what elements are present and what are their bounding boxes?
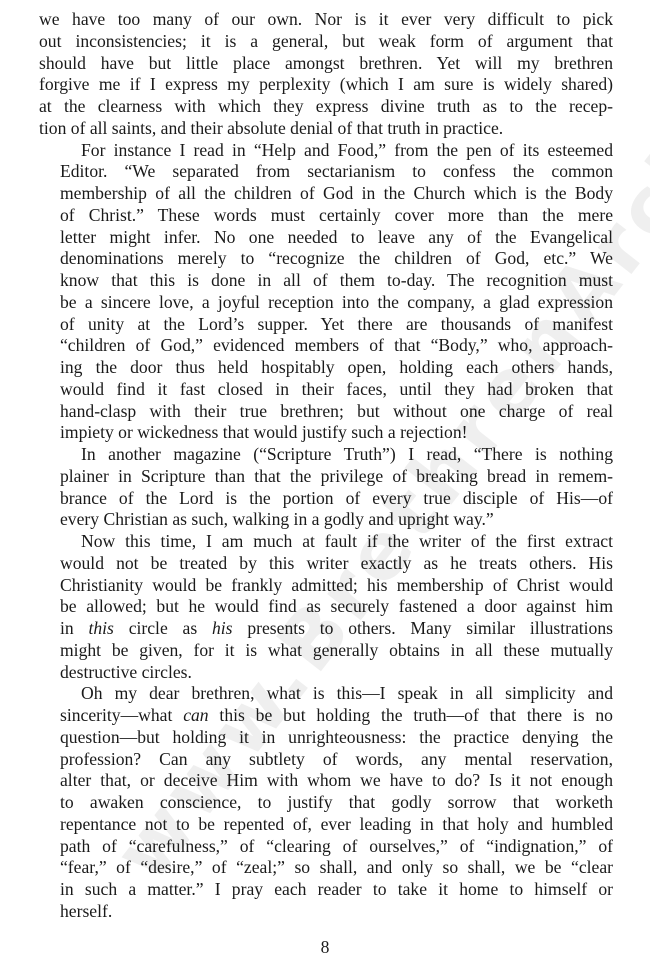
emphasis: this bbox=[88, 618, 113, 638]
text-line: be allowed; but he would find as securel… bbox=[39, 596, 613, 618]
text-line: might be given, for it is what generally… bbox=[39, 640, 613, 662]
text-line: path of “carefulness,” of “clearing of o… bbox=[39, 836, 613, 858]
text-line: question—but holding it in unrighteousne… bbox=[39, 727, 613, 749]
text-line: profession? Can any subtlety of words, a… bbox=[39, 749, 613, 771]
text-line: Editor. “We separated from sectarianism … bbox=[39, 161, 613, 183]
text-line: would find it fast closed in their faces… bbox=[39, 379, 613, 401]
page-number: 8 bbox=[0, 936, 650, 958]
text-line: In another magazine (“Scripture Truth”) … bbox=[39, 444, 613, 466]
text-line: “children of God,” evidenced members of … bbox=[39, 335, 613, 357]
text-line: impiety or wickedness that would justify… bbox=[39, 422, 613, 444]
text-line: in such a matter.” I pray each reader to… bbox=[39, 879, 613, 901]
paragraph-4: Now this time, I am much at fault if the… bbox=[39, 531, 613, 683]
text-line: every Christian as such, walking in a go… bbox=[39, 509, 613, 531]
text-line: repentance not to be repented of, ever l… bbox=[39, 814, 613, 836]
document-page: we have too many of our own. Nor is it e… bbox=[39, 9, 613, 923]
text-line: at the clearness with which they express… bbox=[39, 96, 613, 118]
text-line: alter that, or deceive Him with whom we … bbox=[39, 770, 613, 792]
text-line: brance of the Lord is the portion of eve… bbox=[39, 488, 613, 510]
text-line: Now this time, I am much at fault if the… bbox=[39, 531, 613, 553]
emphasis: can bbox=[183, 705, 208, 725]
text-line: tion of all saints, and their absolute d… bbox=[39, 118, 613, 140]
text-line: sincerity—what can this be but holding t… bbox=[39, 705, 613, 727]
text-line: know that this is done in all of them to… bbox=[39, 270, 613, 292]
text-line: denominations merely to “recognize the c… bbox=[39, 248, 613, 270]
text-line: to awaken conscience, to justify that go… bbox=[39, 792, 613, 814]
text-line: of unity at the Lord’s supper. Yet there… bbox=[39, 314, 613, 336]
emphasis: his bbox=[212, 618, 233, 638]
text-line: out inconsistencies; it is a general, bu… bbox=[39, 31, 613, 53]
text-line: hand-clasp with their true brethren; but… bbox=[39, 401, 613, 423]
text-line: destructive circles. bbox=[39, 662, 613, 684]
text-line: For instance I read in “Help and Food,” … bbox=[39, 140, 613, 162]
text-line: of Christ.” These words must certainly c… bbox=[39, 205, 613, 227]
text-line: forgive me if I express my perplexity (w… bbox=[39, 74, 613, 96]
text-line: be a sincere love, a joyful reception in… bbox=[39, 292, 613, 314]
text-line: letter might infer. No one needed to lea… bbox=[39, 227, 613, 249]
text-line: we have too many of our own. Nor is it e… bbox=[39, 9, 613, 31]
paragraph-3: In another magazine (“Scripture Truth”) … bbox=[39, 444, 613, 531]
text-line: in this circle as his presents to others… bbox=[39, 618, 613, 640]
paragraph-2: For instance I read in “Help and Food,” … bbox=[39, 140, 613, 445]
text-line: Christianity would be frankly admitted; … bbox=[39, 575, 613, 597]
text-line: herself. bbox=[39, 901, 613, 923]
paragraph-1: we have too many of our own. Nor is it e… bbox=[39, 9, 613, 140]
text-line: membership of all the children of God in… bbox=[39, 183, 613, 205]
text-line: ing the door thus held hospitably open, … bbox=[39, 357, 613, 379]
text-line: Oh my dear brethren, what is this—I spea… bbox=[39, 683, 613, 705]
text-line: “fear,” of “desire,” of “zeal;” so shall… bbox=[39, 857, 613, 879]
text-line: should have but little place amongst bre… bbox=[39, 53, 613, 75]
paragraph-5: Oh my dear brethren, what is this—I spea… bbox=[39, 683, 613, 922]
text-line: plainer in Scripture than that the privi… bbox=[39, 466, 613, 488]
text-line: would not be treated by this writer exac… bbox=[39, 553, 613, 575]
